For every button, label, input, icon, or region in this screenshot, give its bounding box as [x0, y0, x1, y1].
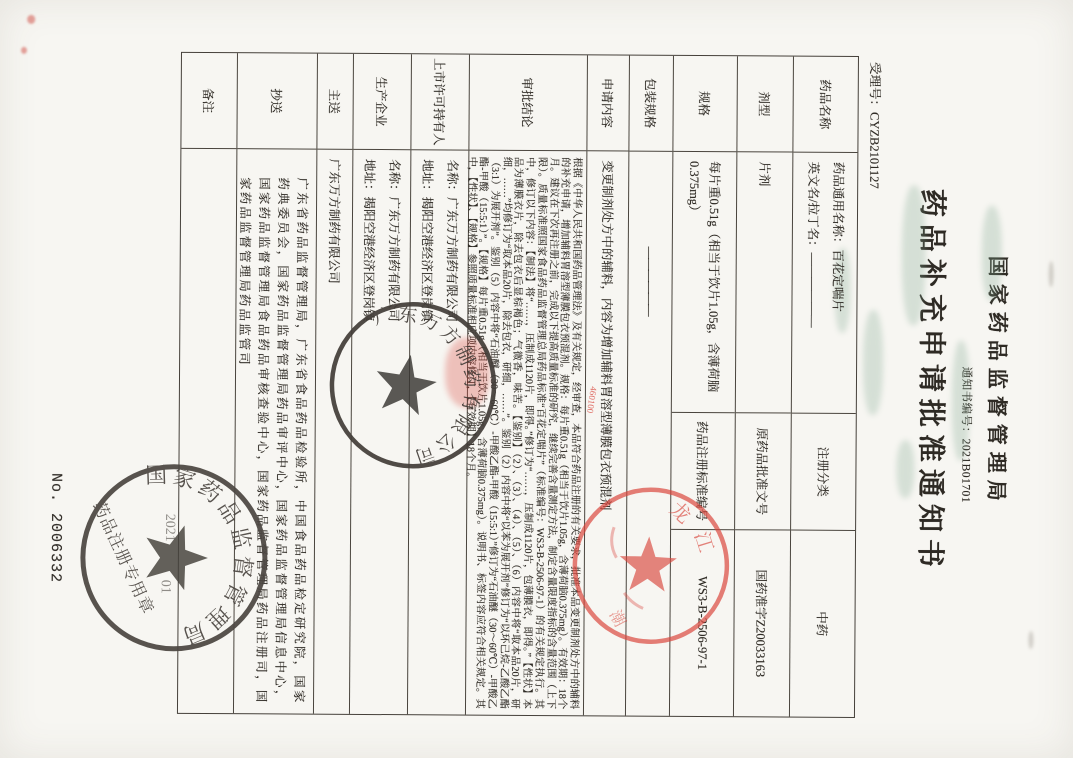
acceptance-number: 受理号：CYZB2101127 — [866, 62, 885, 189]
serial-number: No. 2006332 — [47, 473, 65, 583]
red-speck — [21, 47, 27, 54]
star-icon — [375, 352, 440, 420]
star-icon — [146, 525, 208, 590]
row-label: 申请内容 — [587, 55, 629, 151]
document-page: 国家药品监督管理局 通知书编号：2021B01701 药品补充申请批准通知书 受… — [5, 5, 1068, 753]
english-name: 英文名/拉丁名：—————— — [799, 162, 825, 404]
row-label: 生产企业 — [353, 54, 411, 150]
red-speck — [27, 15, 35, 24]
red-seal-bottom-text: 潮 — [606, 607, 629, 630]
row-label: 审批结论 — [469, 55, 587, 152]
row-label: 药品名称 — [793, 57, 858, 153]
sub-label: 注册分类 — [791, 413, 856, 531]
page-title: 药品补充申请批准通知书 — [911, 10, 956, 752]
row-label: 备注 — [181, 53, 237, 149]
company-seal-stamp: 广东万方制药有限公司 — [312, 284, 514, 486]
showthrough-smudge — [863, 310, 884, 415]
showthrough-smudge — [981, 206, 1002, 301]
strength-cell: 每片重0.51g（相当于饮片1.05g，含薄荷脑0.375mg） — [672, 152, 737, 412]
generic-name: 药品通用名称：百花定喘片 — [824, 162, 850, 404]
showthrough-smudge — [901, 185, 926, 325]
star-icon — [617, 531, 685, 601]
dosage-form-cell: 片剂 — [736, 152, 793, 412]
row-label: 规格 — [673, 56, 737, 152]
registration-seal-stamp: 国家药品监督管理局 2021 01 药品注册专用章 — [73, 457, 274, 658]
sub-label: 原药品批准文号 — [735, 412, 791, 530]
approval-table: 药品名称 药品通用名称：百花定喘片 英文名/拉丁名：—————— 注册分类 中药… — [177, 52, 859, 718]
registration-seal-banner-text: 药品注册专用章 — [89, 498, 158, 618]
row-label: 包装规格 — [629, 56, 673, 152]
scanned-approval-notice: 国家药品监督管理局 通知书编号：2021B01701 药品补充申请批准通知书 受… — [0, 0, 1073, 758]
scan-speck — [1049, 261, 1054, 287]
showthrough-smudge — [896, 440, 914, 498]
row-label: 剂型 — [737, 56, 793, 152]
registration-seal-overlay-right: 01 — [158, 580, 173, 594]
row-label: 主送 — [317, 54, 353, 150]
agency-name: 国家药品监督管理局 — [981, 11, 1016, 753]
sub-value: 中药 — [790, 531, 855, 717]
showthrough-smudge — [952, 341, 971, 461]
row-label: 上市许可持有人 — [411, 54, 469, 150]
registration-seal-overlay-left: 2021 — [162, 514, 177, 542]
row-label: 抄送 — [237, 53, 317, 149]
table-row: 药品名称 药品通用名称：百花定喘片 英文名/拉丁名：—————— 注册分类 中药 — [790, 57, 858, 717]
drug-name-cell: 药品通用名称：百花定喘片 英文名/拉丁名：—————— — [792, 153, 858, 413]
scan-speck — [1028, 631, 1033, 649]
